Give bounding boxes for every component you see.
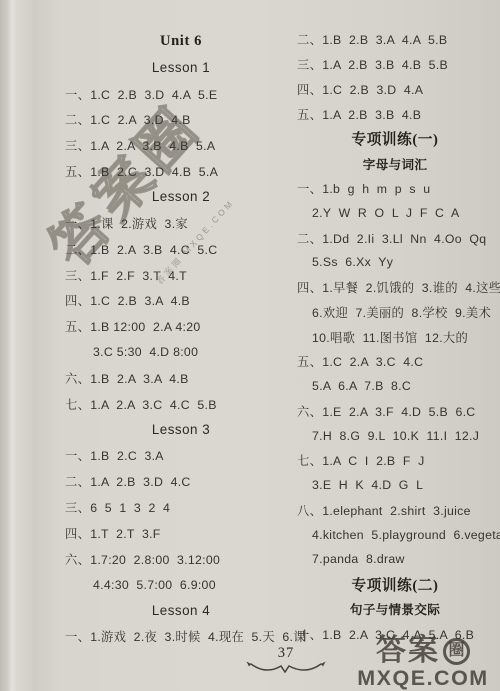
answer-line-continued: 5.A 6.A 7.B 8.C bbox=[292, 374, 498, 399]
answers-column-right: 二、1.B 2.B 3.A 4.A 5.B三、1.A 2.B 3.B 4.B 5… bbox=[292, 27, 498, 646]
answer-line: 三、6 5 1 3 2 4 bbox=[60, 494, 302, 520]
answer-line-continued: 2.Y W R O L J F C A bbox=[292, 200, 498, 225]
answer-line-continued: 4.kitchen 5.playground 6.vegetables bbox=[292, 522, 498, 547]
answers-column-left: Unit 6Lesson 1一、1.C 2.B 3.D 4.A 5.E二、1.C… bbox=[60, 29, 302, 649]
answer-line: 一、1.游戏 2.夜 3.时候 4.现在 5.天 6.课 bbox=[60, 623, 302, 649]
answer-line: 二、1.Dd 2.Ii 3.Ll Nn 4.Oo Qq bbox=[292, 225, 498, 250]
column-divider-tick: | bbox=[303, 627, 306, 642]
answer-line: 一、1.C 2.B 3.D 4.A 5.E bbox=[60, 81, 302, 107]
answer-line: 一、1.B 2.A 3.C 4.A 5.A 6.B bbox=[292, 621, 498, 646]
answer-line: 六、1.7:20 2.8:00 3.12:00 bbox=[60, 546, 302, 572]
answer-line-continued: 4.4:30 5.7:00 6.9:00 bbox=[60, 572, 302, 598]
lesson-title: Lesson 1 bbox=[60, 55, 302, 81]
answer-line-continued: 7.panda 8.draw bbox=[292, 547, 498, 572]
answer-line: 七、1.A C I 2.B F J bbox=[292, 448, 498, 473]
answer-line: 二、1.B 2.A 3.B 4.C 5.C bbox=[60, 236, 302, 262]
answer-line: 五、1.B 2.C 3.D 4.B 5.A bbox=[60, 158, 302, 184]
answer-line: 五、1.A 2.B 3.B 4.B bbox=[292, 101, 498, 126]
answer-line-continued: 3.C 5:30 4.D 8:00 bbox=[60, 339, 302, 365]
answer-line: 四、1.C 2.B 3.D 4.A bbox=[292, 77, 498, 102]
section-title: 专项训练(二) bbox=[292, 572, 498, 597]
answer-line: 八、1.elephant 2.shirt 3.juice bbox=[292, 498, 498, 523]
answer-line: 七、1.A 2.A 3.C 4.C 5.B bbox=[60, 391, 302, 417]
answer-line: 一、1.课 2.游戏 3.家 bbox=[60, 210, 302, 236]
answer-line-continued: 3.E H K 4.D G L bbox=[292, 473, 498, 498]
lesson-title: Lesson 2 bbox=[60, 184, 302, 210]
answer-line: 五、1.B 12:00 2.A 4:20 bbox=[60, 313, 302, 339]
site-watermark-domain: MXQE.COM bbox=[349, 667, 497, 689]
answer-line: 四、1.C 2.B 3.A 4.B bbox=[60, 287, 302, 313]
scanned-answer-page: 答案圈 答案圈 MXQE.COM Unit 6Lesson 1一、1.C 2.B… bbox=[0, 0, 500, 691]
answer-line: 二、1.C 2.A 3.D 4.B bbox=[60, 107, 302, 133]
section-title: 专项训练(一) bbox=[292, 126, 498, 151]
answer-line: 一、1.b g h m p s u bbox=[292, 176, 498, 201]
lesson-title: Lesson 3 bbox=[60, 417, 302, 443]
answer-line: 四、1.T 2.T 3.F bbox=[60, 520, 302, 546]
answer-line: 四、1.早餐 2.饥饿的 3.谁的 4.这些 5.看见 bbox=[292, 275, 498, 300]
page-number-block: 37 bbox=[243, 645, 329, 677]
answer-line-continued: 6.欢迎 7.美丽的 8.学校 9.美术 bbox=[292, 299, 498, 324]
answer-line: 三、1.A 2.A 3.B 4.B 5.A bbox=[60, 132, 302, 158]
answer-line-continued: 10.唱歌 11.图书馆 12.大的 bbox=[292, 324, 498, 349]
answer-line: 六、1.B 2.A 3.A 4.B bbox=[60, 365, 302, 391]
answer-line: 二、1.B 2.B 3.A 4.A 5.B bbox=[292, 27, 498, 52]
answer-line-continued: 7.H 8.G 9.L 10.K 11.I 12.J bbox=[292, 423, 498, 448]
answer-line: 二、1.A 2.B 3.D 4.C bbox=[60, 468, 302, 494]
subsection-title: 字母与词汇 bbox=[292, 151, 498, 176]
answer-line: 五、1.C 2.A 3.C 4.C bbox=[292, 349, 498, 374]
lesson-title: Lesson 4 bbox=[60, 598, 302, 624]
subsection-title: 句子与情景交际 bbox=[292, 597, 498, 622]
answer-line: 六、1.E 2.A 3.F 4.D 5.B 6.C bbox=[292, 398, 498, 423]
answer-line-continued: 5.Ss 6.Xx Yy bbox=[292, 250, 498, 275]
answer-line: 三、1.A 2.B 3.B 4.B 5.B bbox=[292, 52, 498, 77]
answer-line: 一、1.B 2.C 3.A bbox=[60, 443, 302, 469]
section-title: Unit 6 bbox=[60, 29, 302, 55]
page-number-swoosh-icon bbox=[244, 659, 328, 677]
answer-line: 三、1.F 2.F 3.T 4.T bbox=[60, 262, 302, 288]
